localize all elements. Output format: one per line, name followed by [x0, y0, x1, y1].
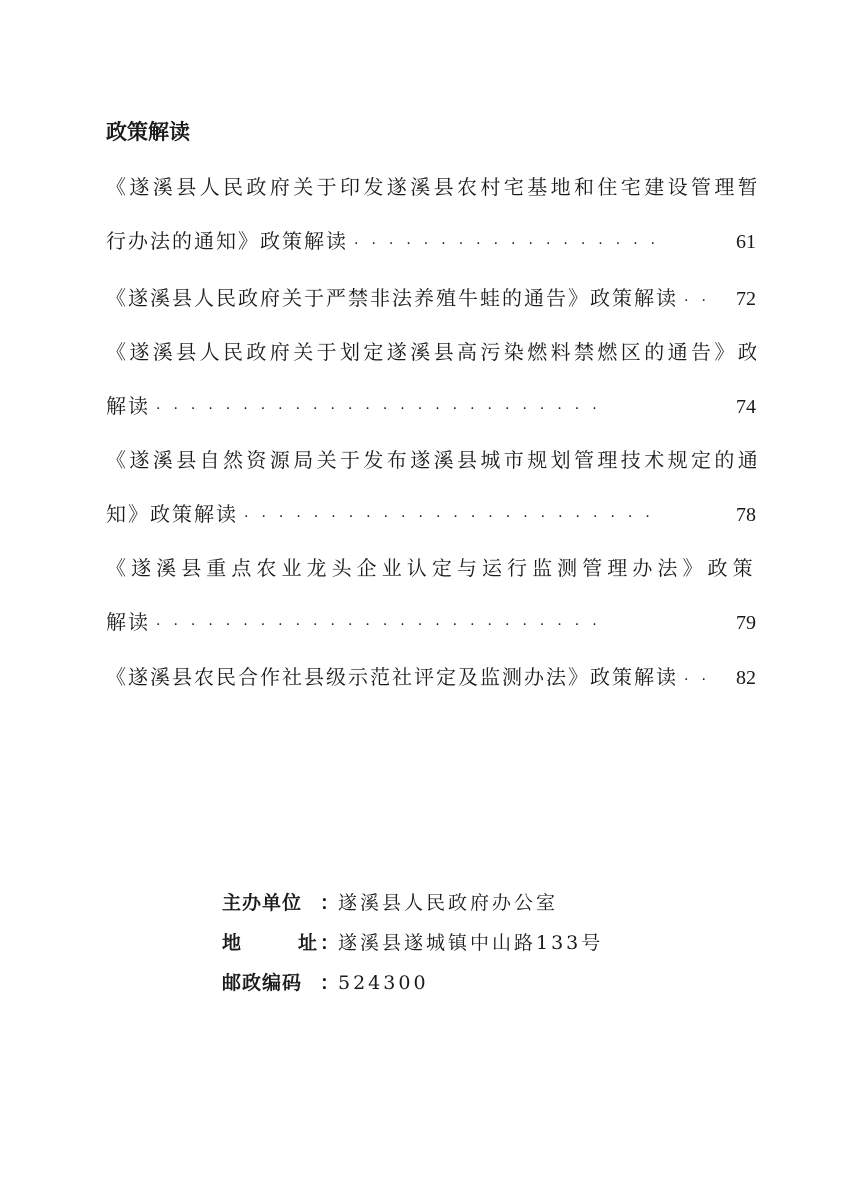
toc-entry-title: 《遂溪县人民政府关于印发遂溪县农村宅基地和住宅建设管理暂 [106, 175, 756, 199]
toc-entry-title: 《遂溪县农民合作社县级示范社评定及监测办法》政策解读 [106, 662, 678, 692]
toc-entry-title-line: 《遂溪县人民政府关于划定遂溪县高污染燃料禁燃区的通告》政策 [106, 337, 756, 367]
toc-entry-title-line: 《遂溪县自然资源局关于发布遂溪县城市规划管理技术规定的通 [106, 445, 756, 475]
section-heading: 政策解读 [106, 118, 190, 146]
address-value: 遂溪县遂城镇中山路133号 [338, 928, 603, 958]
toc-entry-title-continued: 解读 [106, 607, 150, 637]
toc-entry-title: 《遂溪县人民政府关于严禁非法养殖牛蛙的通告》政策解读 [106, 283, 678, 313]
postcode-colon: ： [320, 968, 339, 998]
address-label: 地址 [222, 928, 318, 958]
dot-leader: ·················· [348, 229, 732, 256]
postcode-row: 邮政编码 ： 524300 [222, 968, 642, 998]
toc-entry-last-line: 行办法的通知》政策解读 ·················· 61 [106, 226, 756, 256]
dot-leader: ·························· [150, 610, 732, 637]
organizer-colon: ： [320, 888, 339, 918]
toc-entry-title: 《遂溪县重点农业龙头企业认定与运行监测管理办法》政策 [106, 556, 756, 580]
document-page: 政策解读 《遂溪县人民政府关于印发遂溪县农村宅基地和住宅建设管理暂 行办法的通知… [0, 0, 850, 1201]
toc-entry-title-continued: 解读 [106, 391, 150, 421]
toc-entry-title-line: 《遂溪县人民政府关于印发遂溪县农村宅基地和住宅建设管理暂 [106, 172, 756, 202]
toc-page-number: 78 [732, 500, 756, 529]
dot-leader: ·························· [150, 394, 732, 421]
toc-entry-title: 《遂溪县人民政府关于划定遂溪县高污染燃料禁燃区的通告》政策 [106, 340, 756, 364]
toc-page-number: 72 [732, 284, 756, 313]
toc-entry-title-continued: 知》政策解读 [106, 499, 238, 529]
toc-entry-last-line: 知》政策解读 ························ 78 [106, 499, 756, 529]
toc-entry-last-line: 《遂溪县人民政府关于严禁非法养殖牛蛙的通告》政策解读 ·· 72 [106, 283, 756, 313]
address-row: 地址 ： 遂溪县遂城镇中山路133号 [222, 928, 642, 958]
toc-page-number: 82 [732, 663, 756, 692]
postcode-value: 524300 [338, 968, 429, 998]
dot-leader: ························ [238, 502, 732, 529]
toc-page-number: 74 [732, 392, 756, 421]
dot-leader: ·· [678, 665, 732, 692]
toc-entry-title-continued: 行办法的通知》政策解读 [106, 226, 348, 256]
toc-entry-title-line: 《遂溪县重点农业龙头企业认定与运行监测管理办法》政策 [106, 553, 756, 583]
toc-page-number: 79 [732, 608, 756, 637]
toc-entry-last-line: 《遂溪县农民合作社县级示范社评定及监测办法》政策解读 ·· 82 [106, 662, 756, 692]
address-colon: ： [320, 928, 339, 958]
toc-page-number: 61 [732, 227, 756, 256]
toc-entry-last-line: 解读 ·························· 74 [106, 391, 756, 421]
toc-entry-last-line: 解读 ·························· 79 [106, 607, 756, 637]
dot-leader: ·· [678, 286, 732, 313]
organizer-value: 遂溪县人民政府办公室 [338, 888, 558, 918]
organizer-row: 主办单位 ： 遂溪县人民政府办公室 [222, 888, 642, 918]
toc-entry-title: 《遂溪县自然资源局关于发布遂溪县城市规划管理技术规定的通 [106, 448, 756, 472]
